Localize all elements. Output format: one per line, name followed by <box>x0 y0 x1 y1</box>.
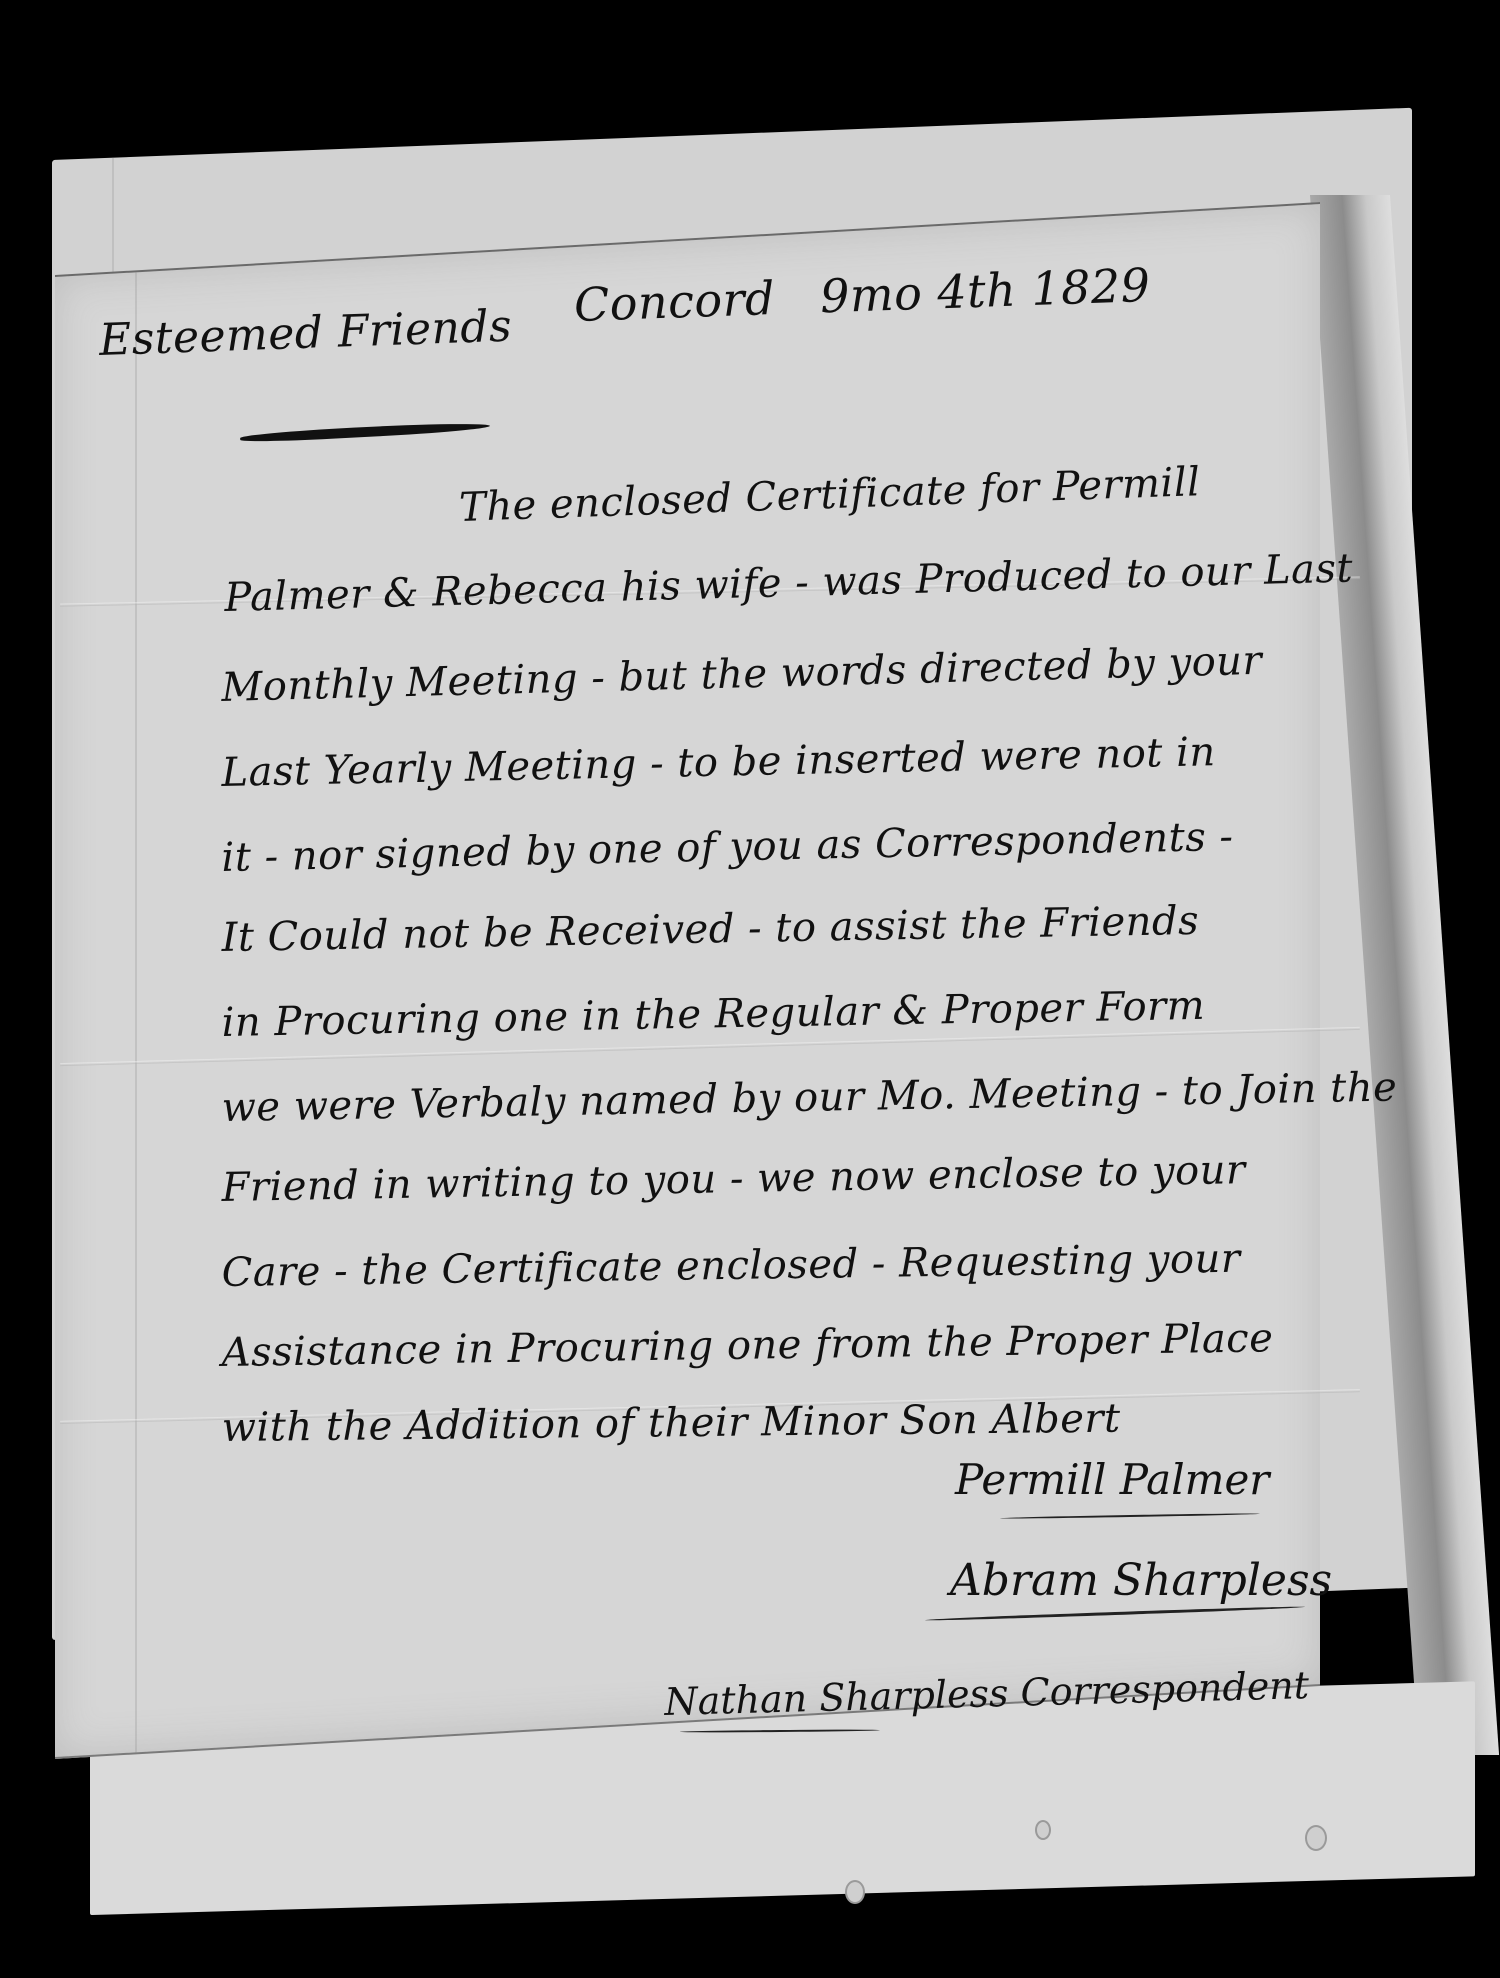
body-line: it - nor signed by one of you as Corresp… <box>221 814 1234 881</box>
date: 9mo 4th 1829 <box>819 258 1151 323</box>
place: Concord <box>573 271 776 332</box>
signature-nathan-sharpless: Nathan Sharpless Correspondent <box>664 1663 1310 1724</box>
body-line: Assistance in Procuring one from the Pro… <box>221 1315 1273 1376</box>
signature-flourish <box>1000 1513 1260 1520</box>
body-line: Last Yearly Meeting - to be inserted wer… <box>221 729 1216 796</box>
signature-permill-palmer: Permill Palmer <box>955 1455 1269 1504</box>
salutation: Esteemed Friends <box>98 301 513 366</box>
body-line: Friend in writing to you - we now enclos… <box>221 1147 1246 1211</box>
letter-content: Esteemed Friends Concord 9mo 4th 1829 Th… <box>0 0 1500 1978</box>
body-line: in Procuring one in the Regular & Proper… <box>221 983 1205 1046</box>
body-line: Care - the Certificate enclosed - Reques… <box>221 1236 1240 1296</box>
salutation-flourish <box>240 420 490 443</box>
signature-abram-sharpless: Abram Sharpless <box>950 1555 1332 1606</box>
body-line: It Could not be Received - to assist the… <box>221 898 1199 961</box>
body-line: Monthly Meeting - but the words directed… <box>221 638 1263 711</box>
body-line: we were Verbaly named by our Mo. Meeting… <box>221 1064 1397 1131</box>
signature-flourish <box>680 1729 880 1733</box>
signature-flourish <box>925 1605 1305 1621</box>
body-line: The enclosed Certificate for Permill <box>458 459 1201 531</box>
date-line: Concord 9mo 4th 1829 <box>573 258 1151 332</box>
body-line: Palmer & Rebecca his wife - was Produced… <box>224 545 1354 621</box>
body-line: with the Addition of their Minor Son Alb… <box>222 1396 1121 1451</box>
